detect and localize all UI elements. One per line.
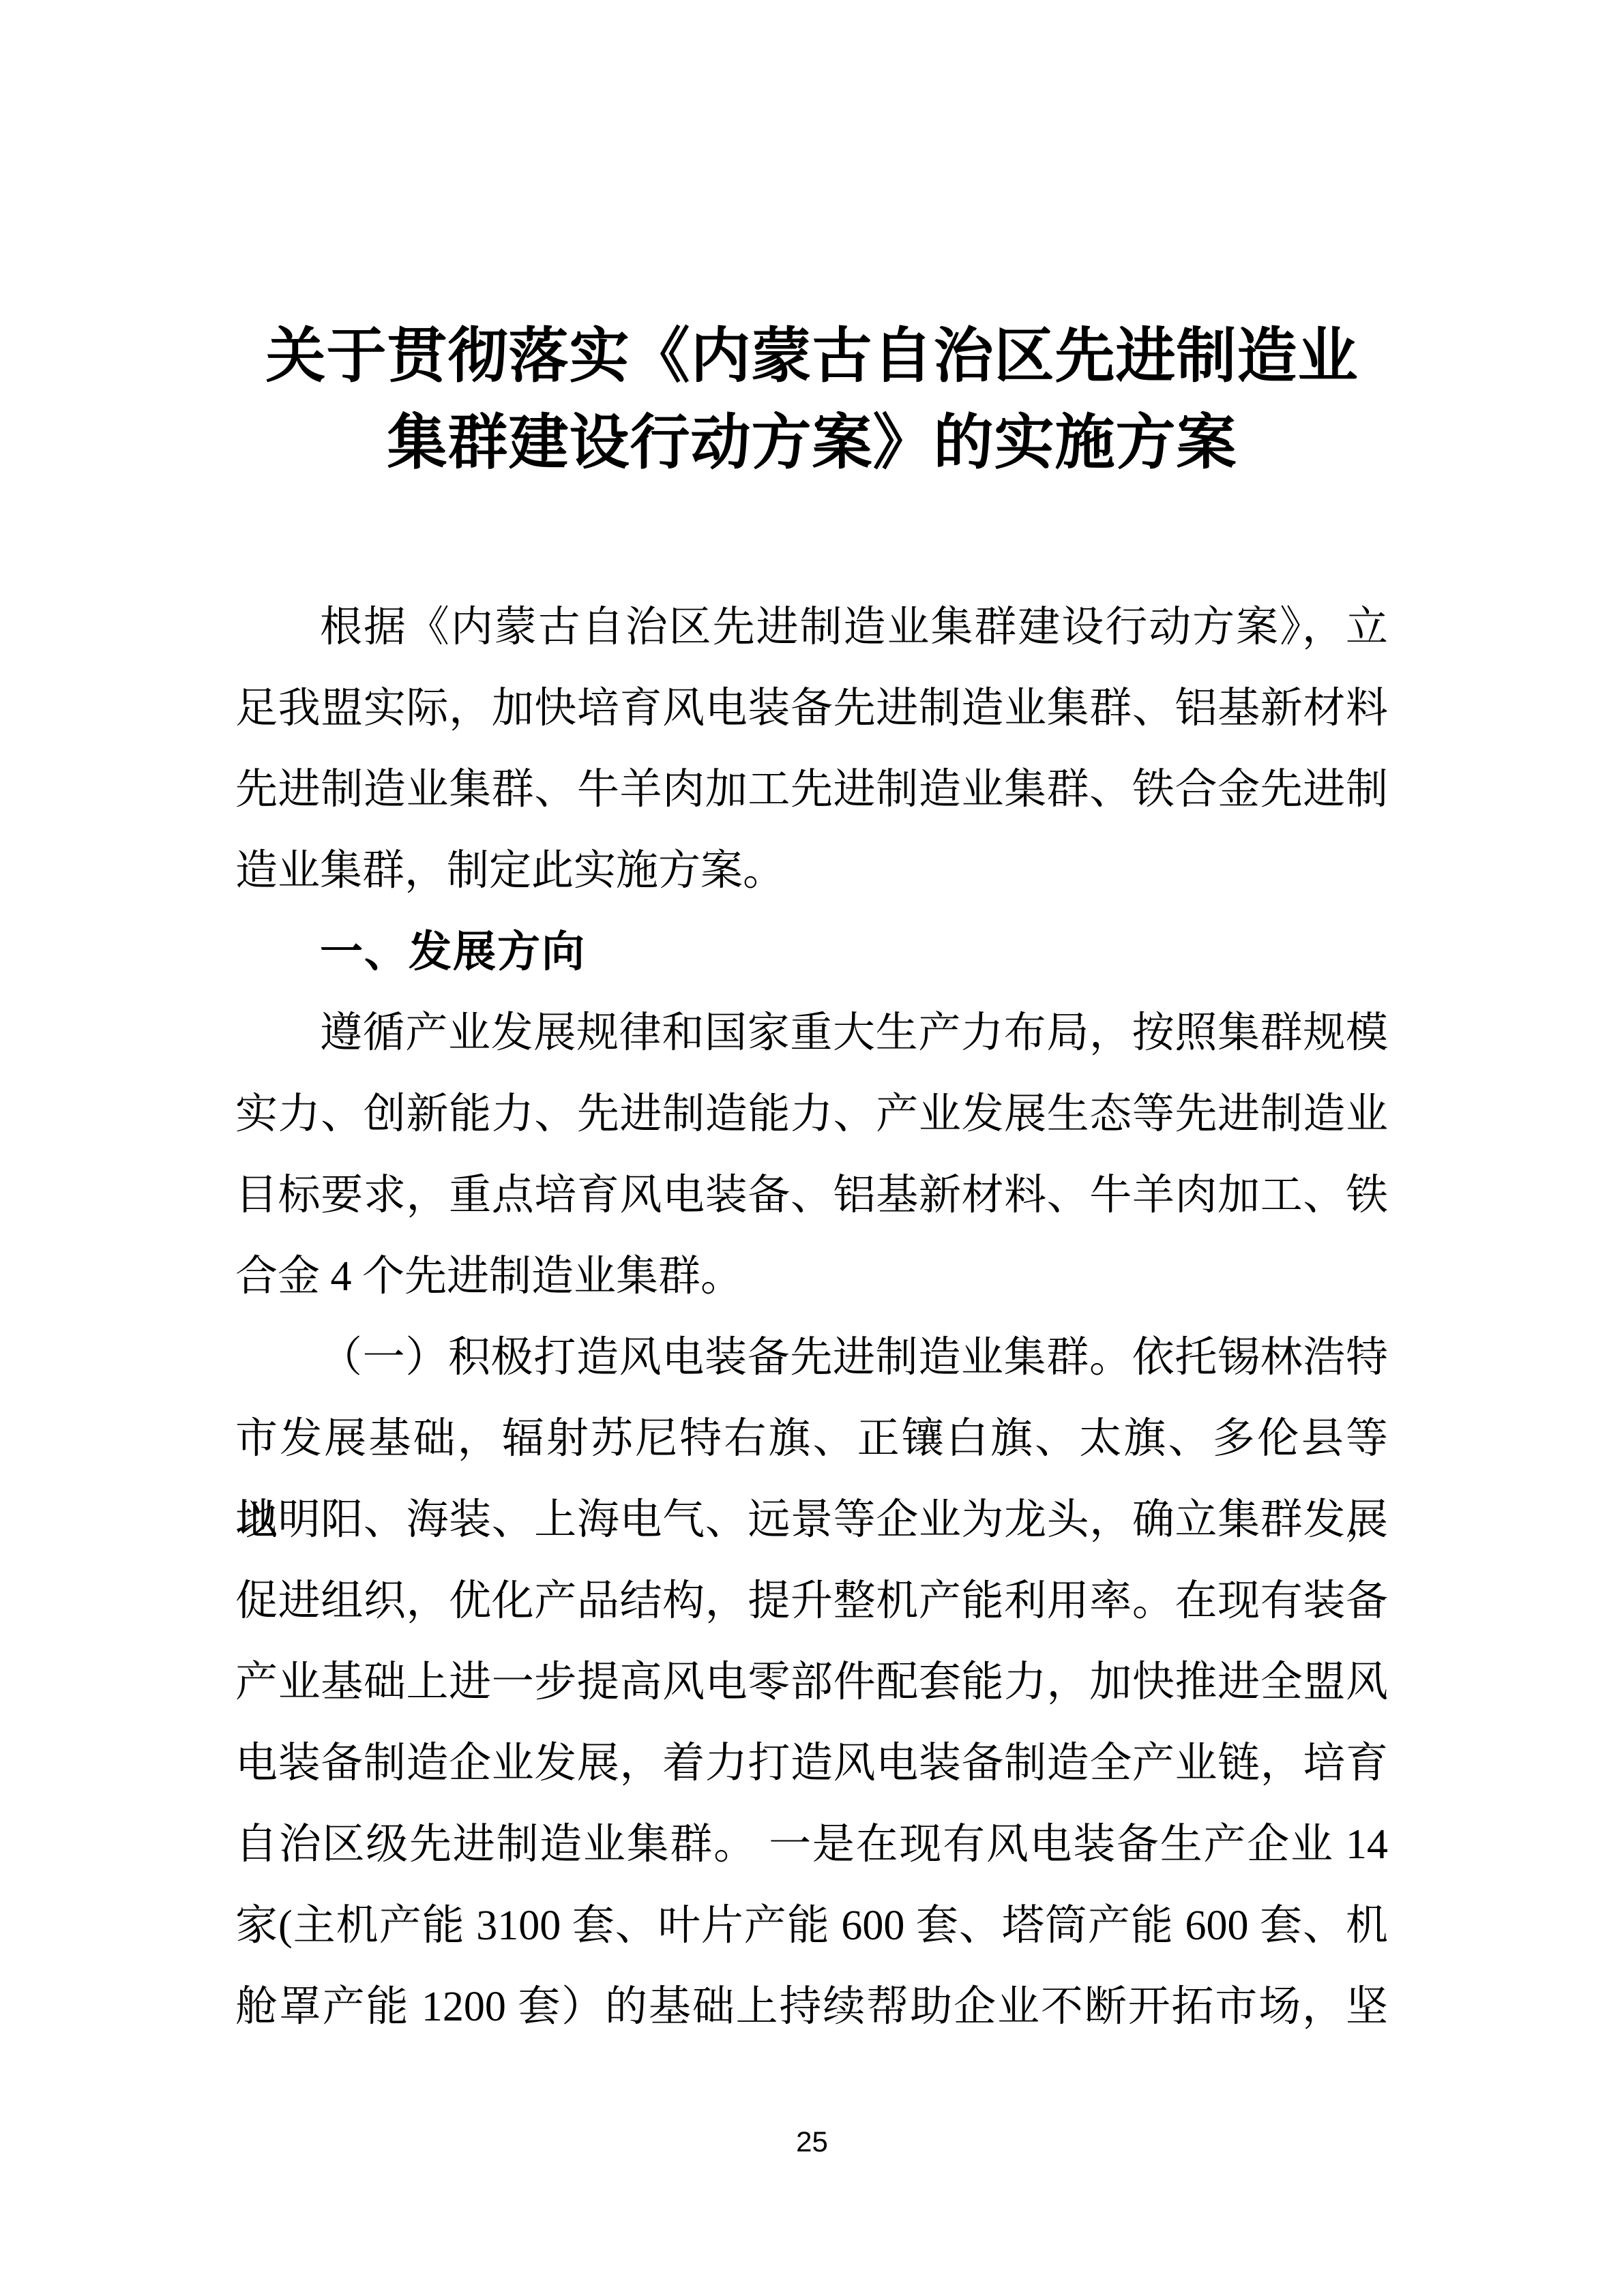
page-number: 25 [0,2126,1624,2158]
doc-title: 关于贯彻落实《内蒙古自治区先进制造业 集群建设行动方案》的实施方案 [0,314,1624,487]
text-line: 实力、创新能力、先进制造能力、产业发展生态等先进制造业 [235,1074,1388,1155]
text-line: 家(主机产能 3100 套、叶片产能 600 套、塔筒产能 600 套、机 [235,1885,1388,1967]
title-line-1: 关于贯彻落实《内蒙古自治区先进制造业 [0,314,1624,400]
text-line: 先进制造业集群、牛羊肉加工先进制造业集群、铁合金先进制 [235,749,1388,831]
text-line: 产业基础上进一步提高风电零部件配套能力，加快推进全盟风 [235,1642,1388,1723]
text-line: 造业集群，制定此实施方案。 [235,831,1388,912]
section-heading: 一、发展方向 [235,912,1388,993]
document-page: 关于贯彻落实《内蒙古自治区先进制造业 集群建设行动方案》的实施方案 根据《内蒙古… [0,0,1624,2296]
paragraph-3: （一）积极打造风电装备先进制造业集群。依托锡林浩特 市发展基础，辐射苏尼特右旗、… [235,1317,1388,2048]
text-line: 目标要求，重点培育风电装备、铝基新材料、牛羊肉加工、铁 [235,1155,1388,1236]
text-line: 舱罩产能 1200 套）的基础上持续帮助企业不断开拓市场，坚 [235,1967,1388,2048]
text-line: 电装备制造企业发展，着力打造风电装备制造全产业链，培育 [235,1723,1388,1804]
text-line: 足我盟实际，加快培育风电装备先进制造业集群、铝基新材料 [235,668,1388,749]
title-line-2: 集群建设行动方案》的实施方案 [0,400,1624,487]
text-line: 以明阳、海装、上海电气、远景等企业为龙头，确立集群发展 [235,1480,1388,1561]
text-line: 根据《内蒙古自治区先进制造业集群建设行动方案》，立 [235,587,1388,668]
paragraph-2: 遵循产业发展规律和国家重大生产力布局，按照集群规模 实力、创新能力、先进制造能力… [235,993,1388,1317]
text-line: 遵循产业发展规律和国家重大生产力布局，按照集群规模 [235,993,1388,1074]
text-line: 合金 4 个先进制造业集群。 [235,1236,1388,1317]
text-line: 市发展基础，辐射苏尼特右旗、正镶白旗、太旗、多伦县等地， [235,1399,1388,1480]
paragraph-1: 根据《内蒙古自治区先进制造业集群建设行动方案》，立 足我盟实际，加快培育风电装备… [235,587,1388,912]
text-line: 自治区级先进制造业集群。 一是在现有风电装备生产企业 14 [235,1804,1388,1885]
text-line: （一）积极打造风电装备先进制造业集群。依托锡林浩特 [235,1317,1388,1399]
doc-body: 根据《内蒙古自治区先进制造业集群建设行动方案》，立 足我盟实际，加快培育风电装备… [235,587,1388,2048]
text-line: 促进组织，优化产品结构，提升整机产能利用率。在现有装备 [235,1561,1388,1642]
